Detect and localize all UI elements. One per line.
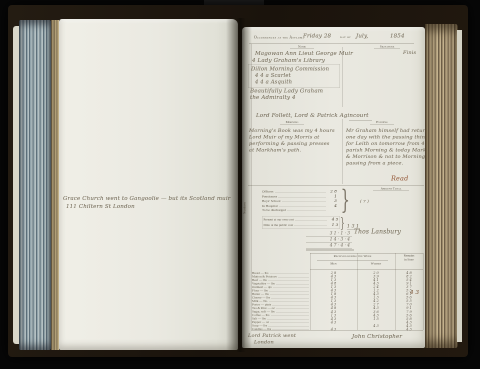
entry-line-note: Finis: [403, 50, 416, 56]
dotted-leader: [276, 284, 308, 285]
money-rows: 3 1 · 1 · 3 1 4 · 3 · 4 4 7 · 4 · 4: [306, 231, 352, 249]
secretary-signature: Thos Lansbury: [354, 228, 401, 235]
table-cell-men: 4 3: [310, 320, 357, 324]
section-heading: Lord Follett, Lord & Patrick Agincourt: [256, 112, 369, 119]
dotted-leader: [276, 308, 308, 309]
right-page: Occurrences at the Asylum, Friday 28 day…: [242, 27, 425, 348]
dotted-leader: [273, 305, 309, 306]
amount-total-label: Amount Total: [373, 187, 409, 191]
column-right-line: for Leith on tomorrow from 4 in the: [346, 141, 425, 147]
left-page: Grace Church went to Gangoolie — but its…: [59, 19, 238, 350]
dotted-leader: [278, 277, 308, 278]
table-group-header: Received during the Week: [315, 255, 390, 259]
gutter-shadow: [226, 18, 252, 352]
table-store-header-line: in Store: [395, 258, 423, 262]
entry-line: Dillon Morning Commission: [251, 66, 329, 72]
stats-sub-row: Ditto at the public cost 1 3: [264, 223, 339, 229]
left-page-note-line: Grace Church went to Gangoolie — but its…: [63, 195, 231, 202]
table-col-header-men: Men: [321, 262, 346, 266]
footer-note-line: Lord Patrick went: [248, 333, 296, 339]
entry-line: 4 4 a Asquith: [255, 79, 292, 85]
stats-row: To be discharged: [262, 208, 337, 213]
dotted-leader: [282, 202, 326, 203]
dotted-leader: [268, 280, 308, 281]
column-left-line: Lord Muir of my Morris at: [249, 135, 319, 141]
table-col-header-women: Women: [363, 262, 389, 266]
stats-row-label: Pensioners: [262, 194, 277, 198]
stats-rows: Officers 2 8 Pensioners 1 Boys' School: [262, 189, 337, 213]
stats-brace: }: [341, 187, 350, 213]
short-rule: [349, 120, 372, 121]
left-page-edge-stack-tan: [51, 20, 59, 350]
column-right-line: parish Morning & today Markham: [346, 148, 425, 154]
column-left-line: Morning's Book was my 4 hours: [249, 128, 335, 134]
table-vrule: [423, 253, 424, 330]
entry-divider-rule: [342, 47, 343, 107]
dotted-leader: [267, 319, 308, 320]
column-right-line: one day with the passing things: [346, 135, 425, 141]
table-header-rule: [310, 269, 423, 270]
dotted-leader: [273, 287, 308, 288]
stats-row-value: 4: [327, 203, 337, 208]
dotted-leader: [269, 326, 309, 327]
table-group-underline: [317, 260, 388, 261]
page-header-date: Friday 28: [303, 33, 331, 40]
table-bottom-rule: [251, 330, 423, 331]
column-header-left: Morning: [280, 120, 304, 125]
column-right-line: & Morrison & not to Morning own: [346, 154, 425, 160]
page-header-month: July,: [356, 33, 368, 40]
stats-row-label: To be discharged: [262, 208, 286, 212]
entry-line: the Admiralty 4: [250, 94, 296, 101]
stats-sub-row-value: 4 5: [329, 217, 339, 222]
dotted-leader: [295, 220, 327, 221]
table-store-header: Remains in Store: [395, 254, 423, 262]
dotted-leader: [276, 312, 308, 313]
header-col-label-name: Name: [290, 45, 314, 50]
stats-brace-note: ( 7 ): [360, 199, 369, 204]
dotted-leader: [287, 211, 325, 212]
stats-sub-row-label: Ditto at the public cost: [264, 224, 294, 228]
dotted-leader: [279, 206, 325, 207]
column-right-line: Mr Graham himself had returned: [346, 128, 425, 134]
column-right-line: passing from a piece.: [346, 161, 403, 167]
column-header-right: Evening: [370, 120, 394, 125]
column-left-line: at Markham's path.: [249, 148, 301, 154]
left-page-note-line: 111 Chiltern St London: [66, 203, 135, 210]
entry-line: Magowan Ann Lieut George Muir: [255, 50, 353, 57]
table-margin-note: 4 3: [410, 289, 419, 296]
column-divider-rule: [342, 119, 343, 184]
right-page-content: Occurrences at the Asylum, Friday 28 day…: [242, 27, 425, 348]
dotted-leader: [271, 316, 309, 317]
dotted-leader: [272, 298, 309, 299]
stats-sub-row-label: Present at our own cost: [264, 218, 294, 222]
dotted-leader: [279, 197, 326, 198]
stats-row-label: Boys' School: [262, 199, 280, 203]
dotted-leader: [270, 273, 309, 274]
table-cell-women: 4 3: [357, 324, 395, 328]
photo-stage: Grace Church went to Gangoolie — but its…: [0, 0, 480, 369]
section-rule: [248, 185, 424, 186]
left-page-content: Grace Church went to Gangoolie — but its…: [59, 19, 238, 350]
entry-line: 4 4 a Scarlet: [255, 73, 291, 79]
money-double-rule-2: [306, 251, 354, 252]
stats-row-label: Officers: [262, 190, 273, 194]
stats-sub-rows: Present at our own cost 4 5 Ditto at the…: [262, 216, 340, 229]
provisions-table-rows: Bread — lbs 2 8 2 0 4 8 Mutton & Potatoe…: [252, 271, 423, 331]
right-fore-edge-stack: [425, 24, 458, 348]
column-left-line: performing & passing presses: [249, 141, 330, 147]
footer-note-line: London: [254, 340, 274, 346]
dotted-leader: [270, 294, 308, 295]
dotted-leader: [275, 192, 326, 193]
page-header-year: 1854: [390, 33, 405, 40]
footer-signature: John Christopher: [352, 333, 402, 340]
page-header-printed-title: Occurrences at the Asylum,: [254, 35, 304, 40]
header-rule: [249, 43, 414, 44]
dotted-leader: [270, 323, 308, 324]
right-endpaper-edge: [457, 30, 462, 342]
dotted-leader: [269, 291, 308, 292]
dotted-leader: [269, 301, 308, 302]
page-header-dayof: day of: [340, 35, 351, 39]
stats-sub-brace: }: [340, 216, 345, 230]
entry-line: 4 Lady Graham's Library: [252, 57, 325, 64]
approval-signature: Read: [391, 175, 408, 183]
left-page-edge-stack: [19, 20, 51, 350]
dotted-leader: [295, 226, 327, 227]
table-cell-women: 1 5: [357, 317, 395, 321]
money-double-rule-1: [306, 249, 354, 250]
stats-sub-row-value: 1 3: [329, 223, 339, 228]
header-col-label-signature: Signature: [374, 45, 400, 50]
